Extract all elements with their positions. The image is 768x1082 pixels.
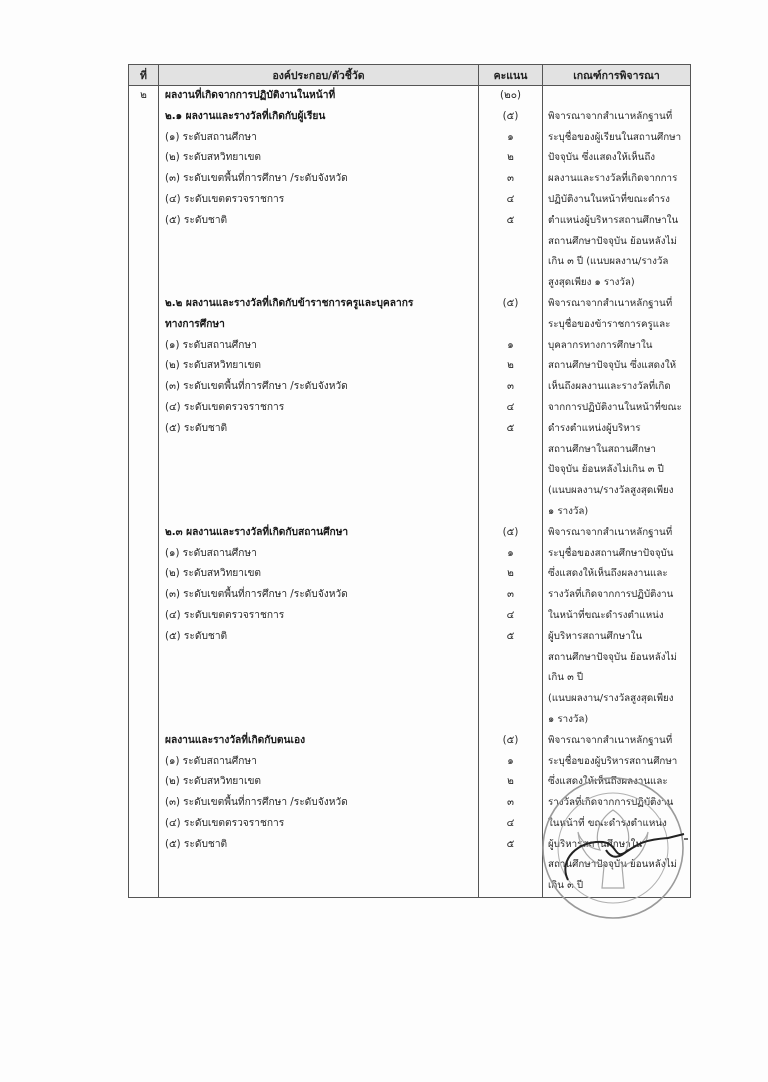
criteria-line: ตำแหน่งผู้บริหารสถานศึกษาใน <box>543 211 690 232</box>
level-score: ๑ <box>479 128 542 149</box>
level-label: (๑) ระดับสถานศึกษา <box>159 336 478 357</box>
level-label: (๑) ระดับสถานศึกษา <box>159 752 478 773</box>
level-score: ๓ <box>479 377 542 398</box>
section-title: ๒.๑ ผลงานและรางวัลที่เกิดกับผู้เรียน <box>159 107 478 128</box>
spacer-line <box>479 481 542 502</box>
level-score: ๔ <box>479 606 542 627</box>
level-score: ๕ <box>479 419 542 440</box>
section-score: (๕) <box>479 107 542 128</box>
spacer-line <box>479 232 542 253</box>
criteria-line: ผลงานและรางวัลที่เกิดจากการ <box>543 169 690 190</box>
level-score: ๔ <box>479 190 542 211</box>
criteria-line: สถานศึกษาในสถานศึกษา <box>543 440 690 461</box>
level-label: (๔) ระดับเขตตรวจราชการ <box>159 606 478 627</box>
spacer-line <box>479 273 542 294</box>
spacer-line <box>159 273 478 294</box>
spacer-line <box>479 502 542 523</box>
cell-item: ผลงานที่เกิดจากการปฏิบัติงานในหน้าที่๒.๑… <box>159 86 479 898</box>
criteria-line: พิจารณาจากสำเนาหลักฐานที่ <box>543 107 690 128</box>
garuda-seal-icon <box>528 770 698 940</box>
spacer-line <box>159 252 478 273</box>
criteria-line: ผู้บริหารสถานศึกษาใน <box>543 627 690 648</box>
level-score: ๒ <box>479 148 542 169</box>
main-title: ผลงานที่เกิดจากการปฏิบัติงานในหน้าที่ <box>159 86 478 107</box>
level-label: (๔) ระดับเขตตรวจราชการ <box>159 190 478 211</box>
level-score: ๒ <box>479 356 542 377</box>
level-score: ๑ <box>479 544 542 565</box>
criteria-line: รางวัลที่เกิดจากการปฏิบัติงาน <box>543 585 690 606</box>
level-label: (๔) ระดับเขตตรวจราชการ <box>159 398 478 419</box>
spacer-line <box>159 855 478 876</box>
level-label: (๒) ระดับสหวิทยาเขต <box>159 772 478 793</box>
spacer-line <box>159 502 478 523</box>
level-label: (๕) ระดับชาติ <box>159 627 478 648</box>
criteria-line: พิจารณาจากสำเนาหลักฐานที่ <box>543 731 690 752</box>
criteria-line: พิจารณาจากสำเนาหลักฐานที่ <box>543 523 690 544</box>
criteria-line: สถานศึกษาปัจจุบัน ย้อนหลังไม่ <box>543 648 690 669</box>
criteria-line: เห็นถึงผลงานและรางวัลที่เกิด <box>543 377 690 398</box>
section-title: ๒.๓ ผลงานและรางวัลที่เกิดกับสถานศึกษา <box>159 523 478 544</box>
criteria-line: (แนบผลงาน/รางวัลสูงสุดเพียง <box>543 481 690 502</box>
criteria-line: ซึ่งแสดงให้เห็นถึงผลงานและ <box>543 564 690 585</box>
spacer-line <box>479 252 542 273</box>
spacer-line <box>159 440 478 461</box>
spacer-line <box>159 481 478 502</box>
mark-dash <box>684 838 688 840</box>
criteria-line: ๑ รางวัล) <box>543 710 690 731</box>
section-score: (๕) <box>479 731 542 752</box>
spacer-line <box>159 668 478 689</box>
criteria-line: (แนบผลงาน/รางวัลสูงสุดเพียง <box>543 689 690 710</box>
level-label: (๕) ระดับชาติ <box>159 211 478 232</box>
header-item: องค์ประกอบ/ตัวชี้วัด <box>159 65 479 86</box>
level-score: ๕ <box>479 627 542 648</box>
level-label: (๒) ระดับสหวิทยาเขต <box>159 356 478 377</box>
criteria-line: บุคลากรทางการศึกษาใน <box>543 336 690 357</box>
spacer-line <box>479 710 542 731</box>
criteria-line: ปฏิบัติงานในหน้าที่ขณะดำรง <box>543 190 690 211</box>
header-no: ที่ <box>129 65 159 86</box>
level-label: (๒) ระดับสหวิทยาเขต <box>159 148 478 169</box>
criteria-line: ระบุชื่อของสถานศึกษาปัจจุบัน <box>543 544 690 565</box>
row-number: ๒ <box>129 86 158 107</box>
level-label: (๕) ระดับชาติ <box>159 419 478 440</box>
spacer-line <box>479 315 542 336</box>
section-title: ๒.๒ ผลงานและรางวัลที่เกิดกับข้าราชการครู… <box>159 294 478 315</box>
spacer-line <box>479 460 542 481</box>
spacer-line <box>159 689 478 710</box>
level-score: ๔ <box>479 398 542 419</box>
header-criteria: เกณฑ์การพิจารณา <box>543 65 691 86</box>
spacer-line <box>159 876 478 897</box>
spacer-line <box>159 232 478 253</box>
section-score: (๕) <box>479 523 542 544</box>
table-header-row: ที่ องค์ประกอบ/ตัวชี้วัด คะแนน เกณฑ์การพ… <box>129 65 691 86</box>
criteria-line: ๑ รางวัล) <box>543 502 690 523</box>
criteria-line: เกิน ๓ ปี (แนบผลงาน/รางวัล <box>543 252 690 273</box>
cell-no: ๒ <box>129 86 159 898</box>
document-page: ที่ องค์ประกอบ/ตัวชี้วัด คะแนน เกณฑ์การพ… <box>0 0 768 1082</box>
spacer-line <box>159 648 478 669</box>
criteria-line: ระบุชื่อของผู้เรียนในสถานศึกษา <box>543 128 690 149</box>
spacer-line <box>479 689 542 710</box>
level-score: ๑ <box>479 336 542 357</box>
criteria-line: ในหน้าที่ขณะดำรงตำแหน่ง <box>543 606 690 627</box>
level-label: (๓) ระดับเขตพื้นที่การศึกษา /ระดับจังหวั… <box>159 585 478 606</box>
level-score: ๕ <box>479 211 542 232</box>
criteria-line: สูงสุดเพียง ๑ รางวัล) <box>543 273 690 294</box>
section-title: ผลงานและรางวัลที่เกิดกับตนเอง <box>159 731 478 752</box>
section-title: ทางการศึกษา <box>159 315 478 336</box>
criteria-line: สถานศึกษาปัจจุบัน ย้อนหลังไม่ <box>543 232 690 253</box>
level-label: (๑) ระดับสถานศึกษา <box>159 128 478 149</box>
level-label: (๑) ระดับสถานศึกษา <box>159 544 478 565</box>
criteria-line: พิจารณาจากสำเนาหลักฐานที่ <box>543 294 690 315</box>
level-label: (๓) ระดับเขตพื้นที่การศึกษา /ระดับจังหวั… <box>159 793 478 814</box>
criteria-line: เกิน ๓ ปี <box>543 668 690 689</box>
level-score: ๓ <box>479 585 542 606</box>
spacer-line <box>159 710 478 731</box>
level-score: ๓ <box>479 169 542 190</box>
spacer-line <box>159 460 478 481</box>
spacer-line <box>479 668 542 689</box>
criteria-line: ปัจจุบัน ซึ่งแสดงให้เห็นถึง <box>543 148 690 169</box>
level-label: (๒) ระดับสหวิทยาเขต <box>159 564 478 585</box>
level-score: ๒ <box>479 564 542 585</box>
spacer-line <box>479 648 542 669</box>
main-score: (๒๐) <box>479 86 542 107</box>
header-score: คะแนน <box>479 65 543 86</box>
level-label: (๓) ระดับเขตพื้นที่การศึกษา /ระดับจังหวั… <box>159 377 478 398</box>
criteria-line: สถานศึกษาปัจจุบัน ซึ่งแสดงให้ <box>543 356 690 377</box>
spacer-line <box>543 86 690 107</box>
section-score: (๕) <box>479 294 542 315</box>
level-label: (๔) ระดับเขตตรวจราชการ <box>159 814 478 835</box>
level-label: (๕) ระดับชาติ <box>159 835 478 856</box>
criteria-line: จากการปฏิบัติงานในหน้าที่ขณะ <box>543 398 690 419</box>
criteria-line: ปัจจุบัน ย้อนหลังไม่เกิน ๓ ปี <box>543 460 690 481</box>
spacer-line <box>479 440 542 461</box>
criteria-line: ระบุชื่อของข้าราชการครูและ <box>543 315 690 336</box>
level-label: (๓) ระดับเขตพื้นที่การศึกษา /ระดับจังหวั… <box>159 169 478 190</box>
criteria-line: ดำรงตำแหน่งผู้บริหาร <box>543 419 690 440</box>
